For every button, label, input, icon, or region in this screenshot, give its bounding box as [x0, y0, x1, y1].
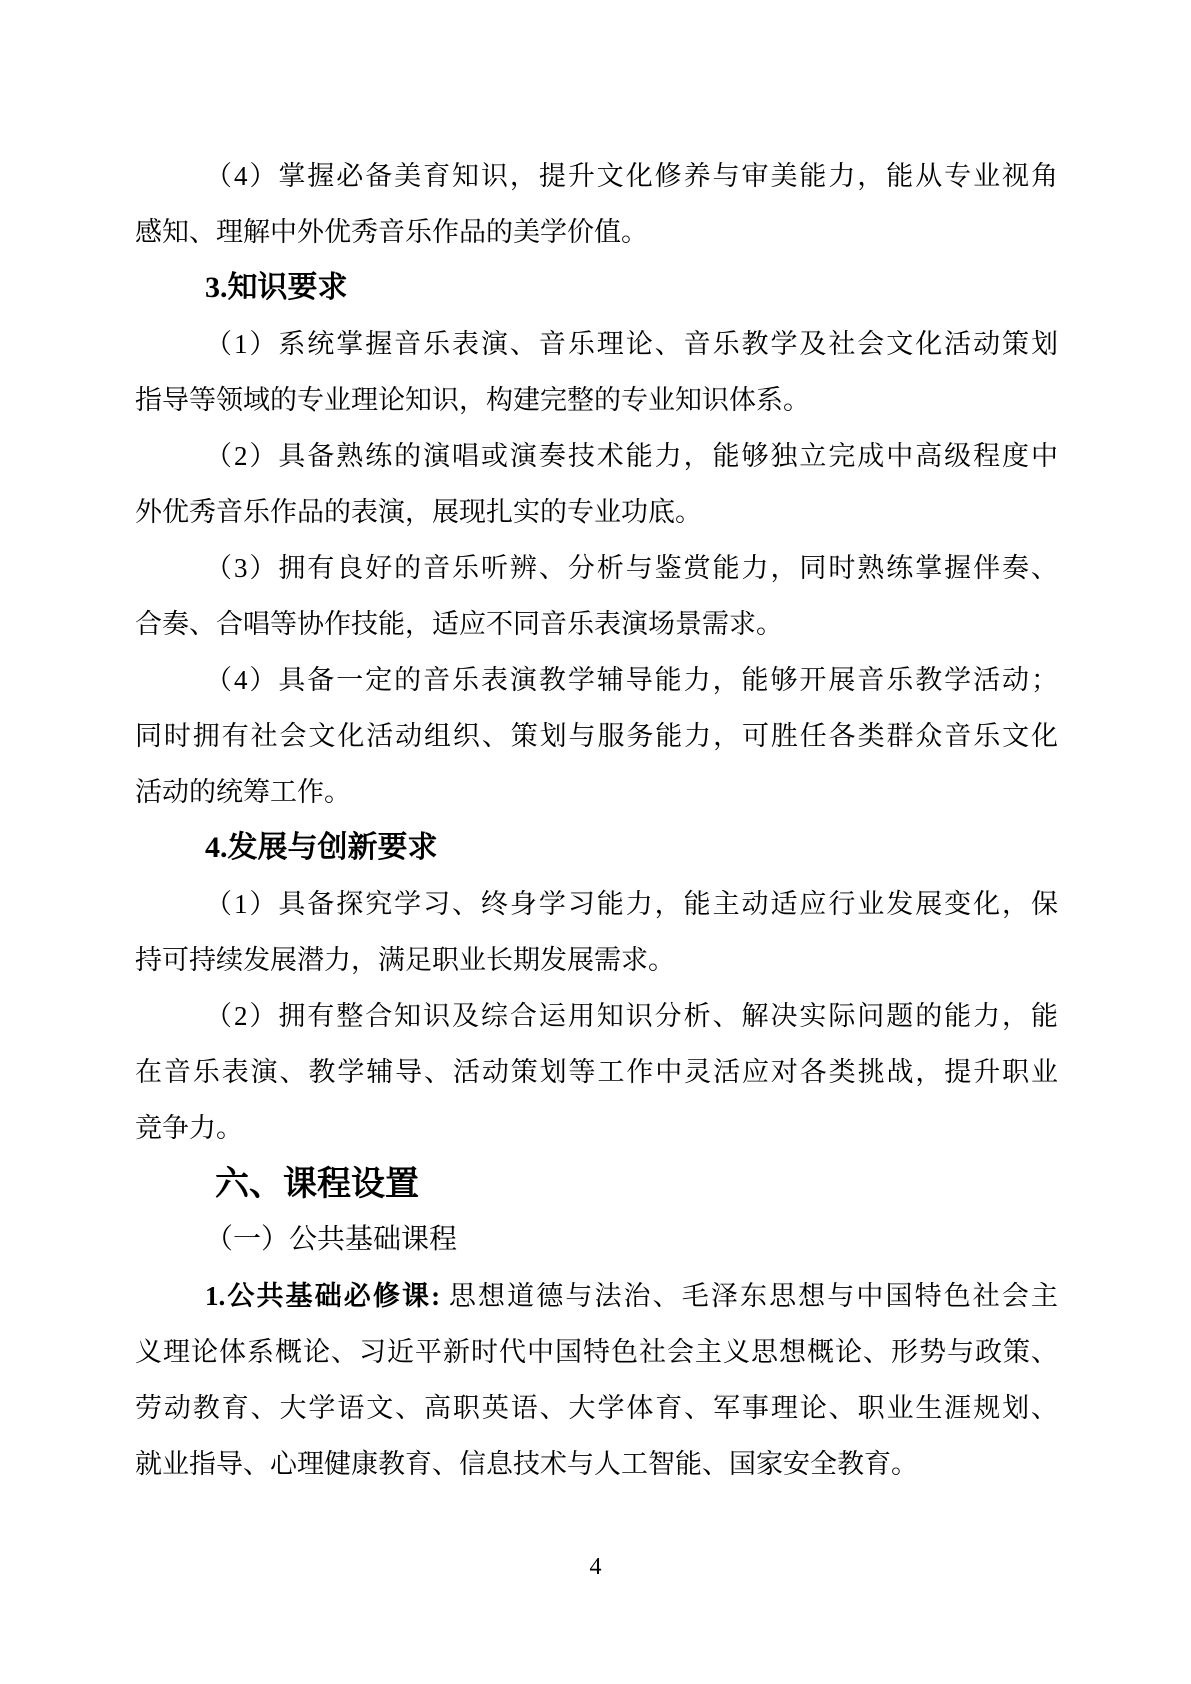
page-number: 4	[0, 1552, 1191, 1582]
sub-heading: 4.发展与创新要求	[135, 820, 1058, 876]
text-line: （2）拥有整合知识及综合运用知识分析、解决实际问题的能力，能	[135, 988, 1058, 1044]
text-line: 劳动教育、大学语文、高职英语、大学体育、军事理论、职业生涯规划、	[135, 1380, 1058, 1436]
text-line: 活动的统筹工作。	[135, 764, 1058, 820]
bold-run: 1.公共基础必修课:	[205, 1281, 440, 1311]
text-line: （3）拥有良好的音乐听辨、分析与鉴赏能力，同时熟练掌握伴奏、	[135, 540, 1058, 596]
text-line: 指导等领域的专业理论知识，构建完整的专业知识体系。	[135, 372, 1058, 428]
text-line: 1.公共基础必修课: 思想道德与法治、毛泽东思想与中国特色社会主	[135, 1268, 1058, 1324]
text-line: 义理论体系概论、习近平新时代中国特色社会主义思想概论、形势与政策、	[135, 1324, 1058, 1380]
text-line: 感知、理解中外优秀音乐作品的美学价值。	[135, 204, 1058, 260]
text-line: （1）系统掌握音乐表演、音乐理论、音乐教学及社会文化活动策划	[135, 316, 1058, 372]
text-line: 在音乐表演、教学辅导、活动策划等工作中灵活应对各类挑战，提升职业	[135, 1044, 1058, 1100]
sub-heading: 3.知识要求	[135, 260, 1058, 316]
text-run: 思想道德与法治、毛泽东思想与中国特色社会主	[440, 1281, 1058, 1311]
document-page: （4）掌握必备美育知识，提升文化修养与审美能力，能从专业视角感知、理解中外优秀音…	[0, 0, 1191, 1684]
text-line: （4）具备一定的音乐表演教学辅导能力，能够开展音乐教学活动；	[135, 652, 1058, 708]
text-line: 竞争力。	[135, 1100, 1058, 1156]
text-line: （2）具备熟练的演唱或演奏技术能力，能够独立完成中高级程度中	[135, 428, 1058, 484]
section-heading: 六、课程设置	[135, 1156, 1058, 1212]
text-line: 就业指导、心理健康教育、信息技术与人工智能、国家安全教育。	[135, 1436, 1058, 1492]
text-line: 持可持续发展潜力，满足职业长期发展需求。	[135, 932, 1058, 988]
text-line: 合奏、合唱等协作技能，适应不同音乐表演场景需求。	[135, 596, 1058, 652]
document-body: （4）掌握必备美育知识，提升文化修养与审美能力，能从专业视角感知、理解中外优秀音…	[135, 148, 1058, 1492]
text-line: （一）公共基础课程	[135, 1212, 1058, 1268]
text-line: （1）具备探究学习、终身学习能力，能主动适应行业发展变化，保	[135, 876, 1058, 932]
text-line: （4）掌握必备美育知识，提升文化修养与审美能力，能从专业视角	[135, 148, 1058, 204]
text-line: 外优秀音乐作品的表演，展现扎实的专业功底。	[135, 484, 1058, 540]
text-line: 同时拥有社会文化活动组织、策划与服务能力，可胜任各类群众音乐文化	[135, 708, 1058, 764]
